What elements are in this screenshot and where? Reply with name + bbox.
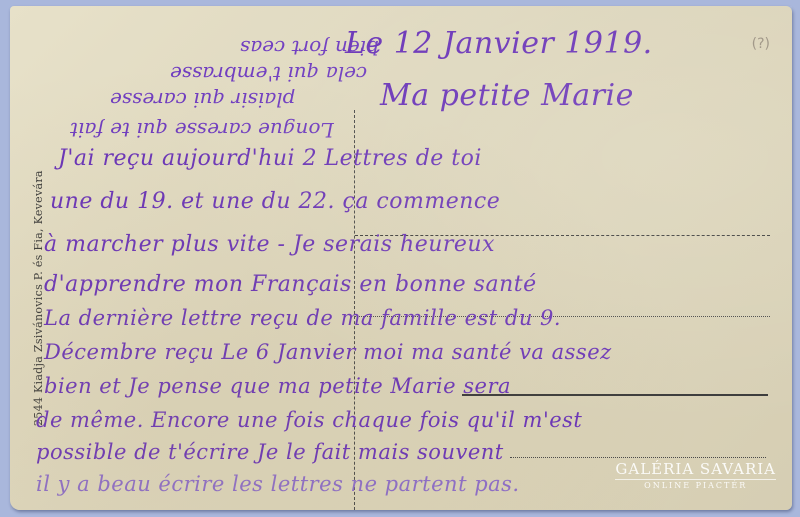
body-line-1: J'ai reçu aujourd'hui 2 Lettres de toi <box>58 146 482 171</box>
body-line-9: possible de t'écrire Je le fait mais sou… <box>36 440 504 464</box>
watermark-subtitle: ONLINE PIACTÉR <box>615 479 776 490</box>
body-line-8: de même. Encore une fois chaque fois qu'… <box>36 408 582 432</box>
body-line-5: La dernière lettre reçu de ma famille es… <box>44 306 561 330</box>
body-line-10: il y a beau écrire les lettres ne parten… <box>36 472 520 496</box>
upside-down-line: plaisir qui caresse <box>110 88 295 112</box>
body-line-3: à marcher plus vite - Je serais heureux <box>44 232 495 257</box>
gallery-watermark: GALÉRIA SAVARIA ONLINE PIACTÉR <box>615 460 776 490</box>
body-line-7: bien et Je pense que ma petite Marie ser… <box>44 374 511 398</box>
upside-down-line: Longue caresse qui te fait <box>70 118 334 142</box>
postcard: 2544 Kiadja Zsivánovics P. és Fia, Kevev… <box>10 6 792 510</box>
corner-pencil-mark: (?) <box>752 36 770 52</box>
body-line-4: d'apprendre mon Français en bonne santé <box>44 272 537 297</box>
salutation: Ma petite Marie <box>380 78 634 113</box>
address-line-4 <box>510 457 766 458</box>
date-line: Le 12 Janvier 1919. <box>345 26 653 61</box>
body-line-2: une du 19. et une du 22. ça commence <box>50 189 500 214</box>
watermark-title: GALÉRIA SAVARIA <box>615 460 776 478</box>
body-line-6: Décembre reçu Le 6 Janvier moi ma santé … <box>44 340 612 364</box>
upside-down-line: cela qui t'embrasse <box>170 62 367 86</box>
